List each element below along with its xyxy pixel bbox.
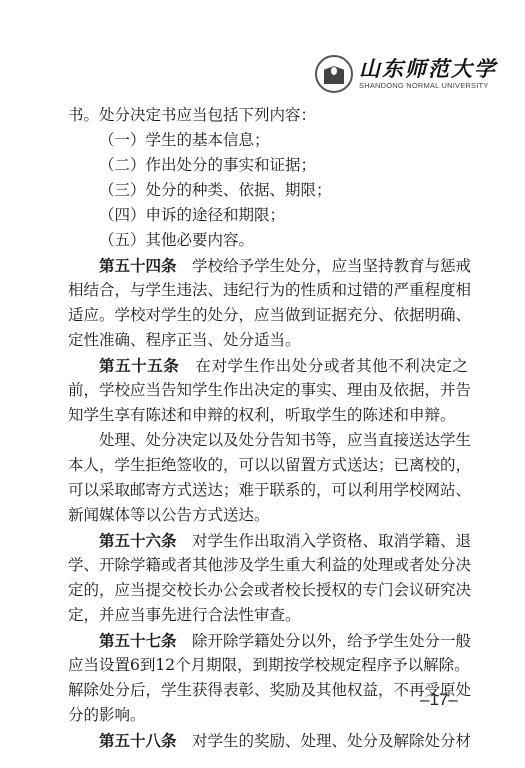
article-line: 第五十四条 学校给予学生处分，应当坚持教育与惩戒: [68, 253, 468, 278]
logo-english-name: SHANDONG NORMAL UNIVERSITY: [359, 81, 497, 91]
list-item: （一）学生的基本信息；: [68, 128, 468, 153]
text-line: 解除处分后，学生获得表彰、奖励及其他权益，不再受原处: [68, 678, 468, 703]
text-line: 分的影响。: [68, 703, 468, 728]
text-line: 定性准确、程序正当、处分适当。: [68, 328, 468, 353]
page-number: –17–: [420, 690, 458, 710]
university-emblem-icon: [315, 55, 353, 93]
article-heading: 第五十四条: [99, 256, 177, 275]
article-text: 在对学生作出处分或者其他不利决定之: [195, 357, 468, 375]
article-text: 学校给予学生处分，应当坚持教育与惩戒: [192, 257, 471, 275]
article-heading: 第五十六条: [99, 531, 177, 550]
article-heading: 第五十五条: [99, 356, 179, 375]
article-heading: 第五十七条: [99, 631, 177, 650]
text-line: 处理、处分决定以及处分告知书等，应当直接送达学生: [68, 428, 468, 453]
article-text: 对学生作出取消入学资格、取消学籍、退: [192, 532, 471, 550]
list-item: （五）其他必要内容。: [68, 228, 468, 253]
text-line: 新闻媒体等以公告方式送达。: [68, 503, 468, 528]
document-body: 书。处分决定书应当包括下列内容：（一）学生的基本信息；（二）作出处分的事实和证据…: [68, 103, 468, 753]
text-line: 学、开除学籍或者其他涉及学生重大利益的处理或者处分决: [68, 553, 468, 578]
article-line: 第五十六条 对学生作出取消入学资格、取消学籍、退: [68, 528, 468, 553]
list-item: （三）处分的种类、依据、期限；: [68, 178, 468, 203]
article-line: 第五十八条 对学生的奖励、处理、处分及解除处分材: [68, 728, 468, 753]
logo-chinese-name: 山东师范大学: [359, 57, 497, 81]
text-line: 相结合，与学生违法、违纪行为的性质和过错的严重程度相: [68, 278, 468, 303]
article-heading: 第五十八条: [99, 731, 177, 750]
text-line: 应当设置6到12个月期限，到期按学校规定程序予以解除。: [68, 653, 468, 678]
text-line: 知学生享有陈述和申辩的权利，听取学生的陈述和申辩。: [68, 403, 468, 428]
text-line: 定的，应当提交校长办公会或者校长授权的专门会议研究决: [68, 578, 468, 603]
article-line: 第五十五条 在对学生作出处分或者其他不利决定之: [68, 353, 468, 378]
text-line: 书。处分决定书应当包括下列内容：: [68, 103, 468, 128]
article-line: 第五十七条 除开除学籍处分以外，给予学生处分一般: [68, 628, 468, 653]
university-logo: 山东师范大学 SHANDONG NORMAL UNIVERSITY: [315, 55, 497, 93]
text-line: 本人，学生拒绝签收的，可以以留置方式送达；已离校的，: [68, 453, 468, 478]
text-line: 适应。学校对学生的处分，应当做到证据充分、依据明确、: [68, 303, 468, 328]
text-line: 前，学校应当告知学生作出决定的事实、理由及依据，并告: [68, 378, 468, 403]
text-line: 可以采取邮寄方式送达；难于联系的，可以利用学校网站、: [68, 478, 468, 503]
list-item: （二）作出处分的事实和证据；: [68, 153, 468, 178]
text-line: 定，并应当事先进行合法性审查。: [68, 603, 468, 628]
article-text: 除开除学籍处分以外，给予学生处分一般: [192, 632, 471, 650]
list-item: （四）申诉的途径和期限；: [68, 203, 468, 228]
article-text: 对学生的奖励、处理、处分及解除处分材: [192, 732, 471, 750]
